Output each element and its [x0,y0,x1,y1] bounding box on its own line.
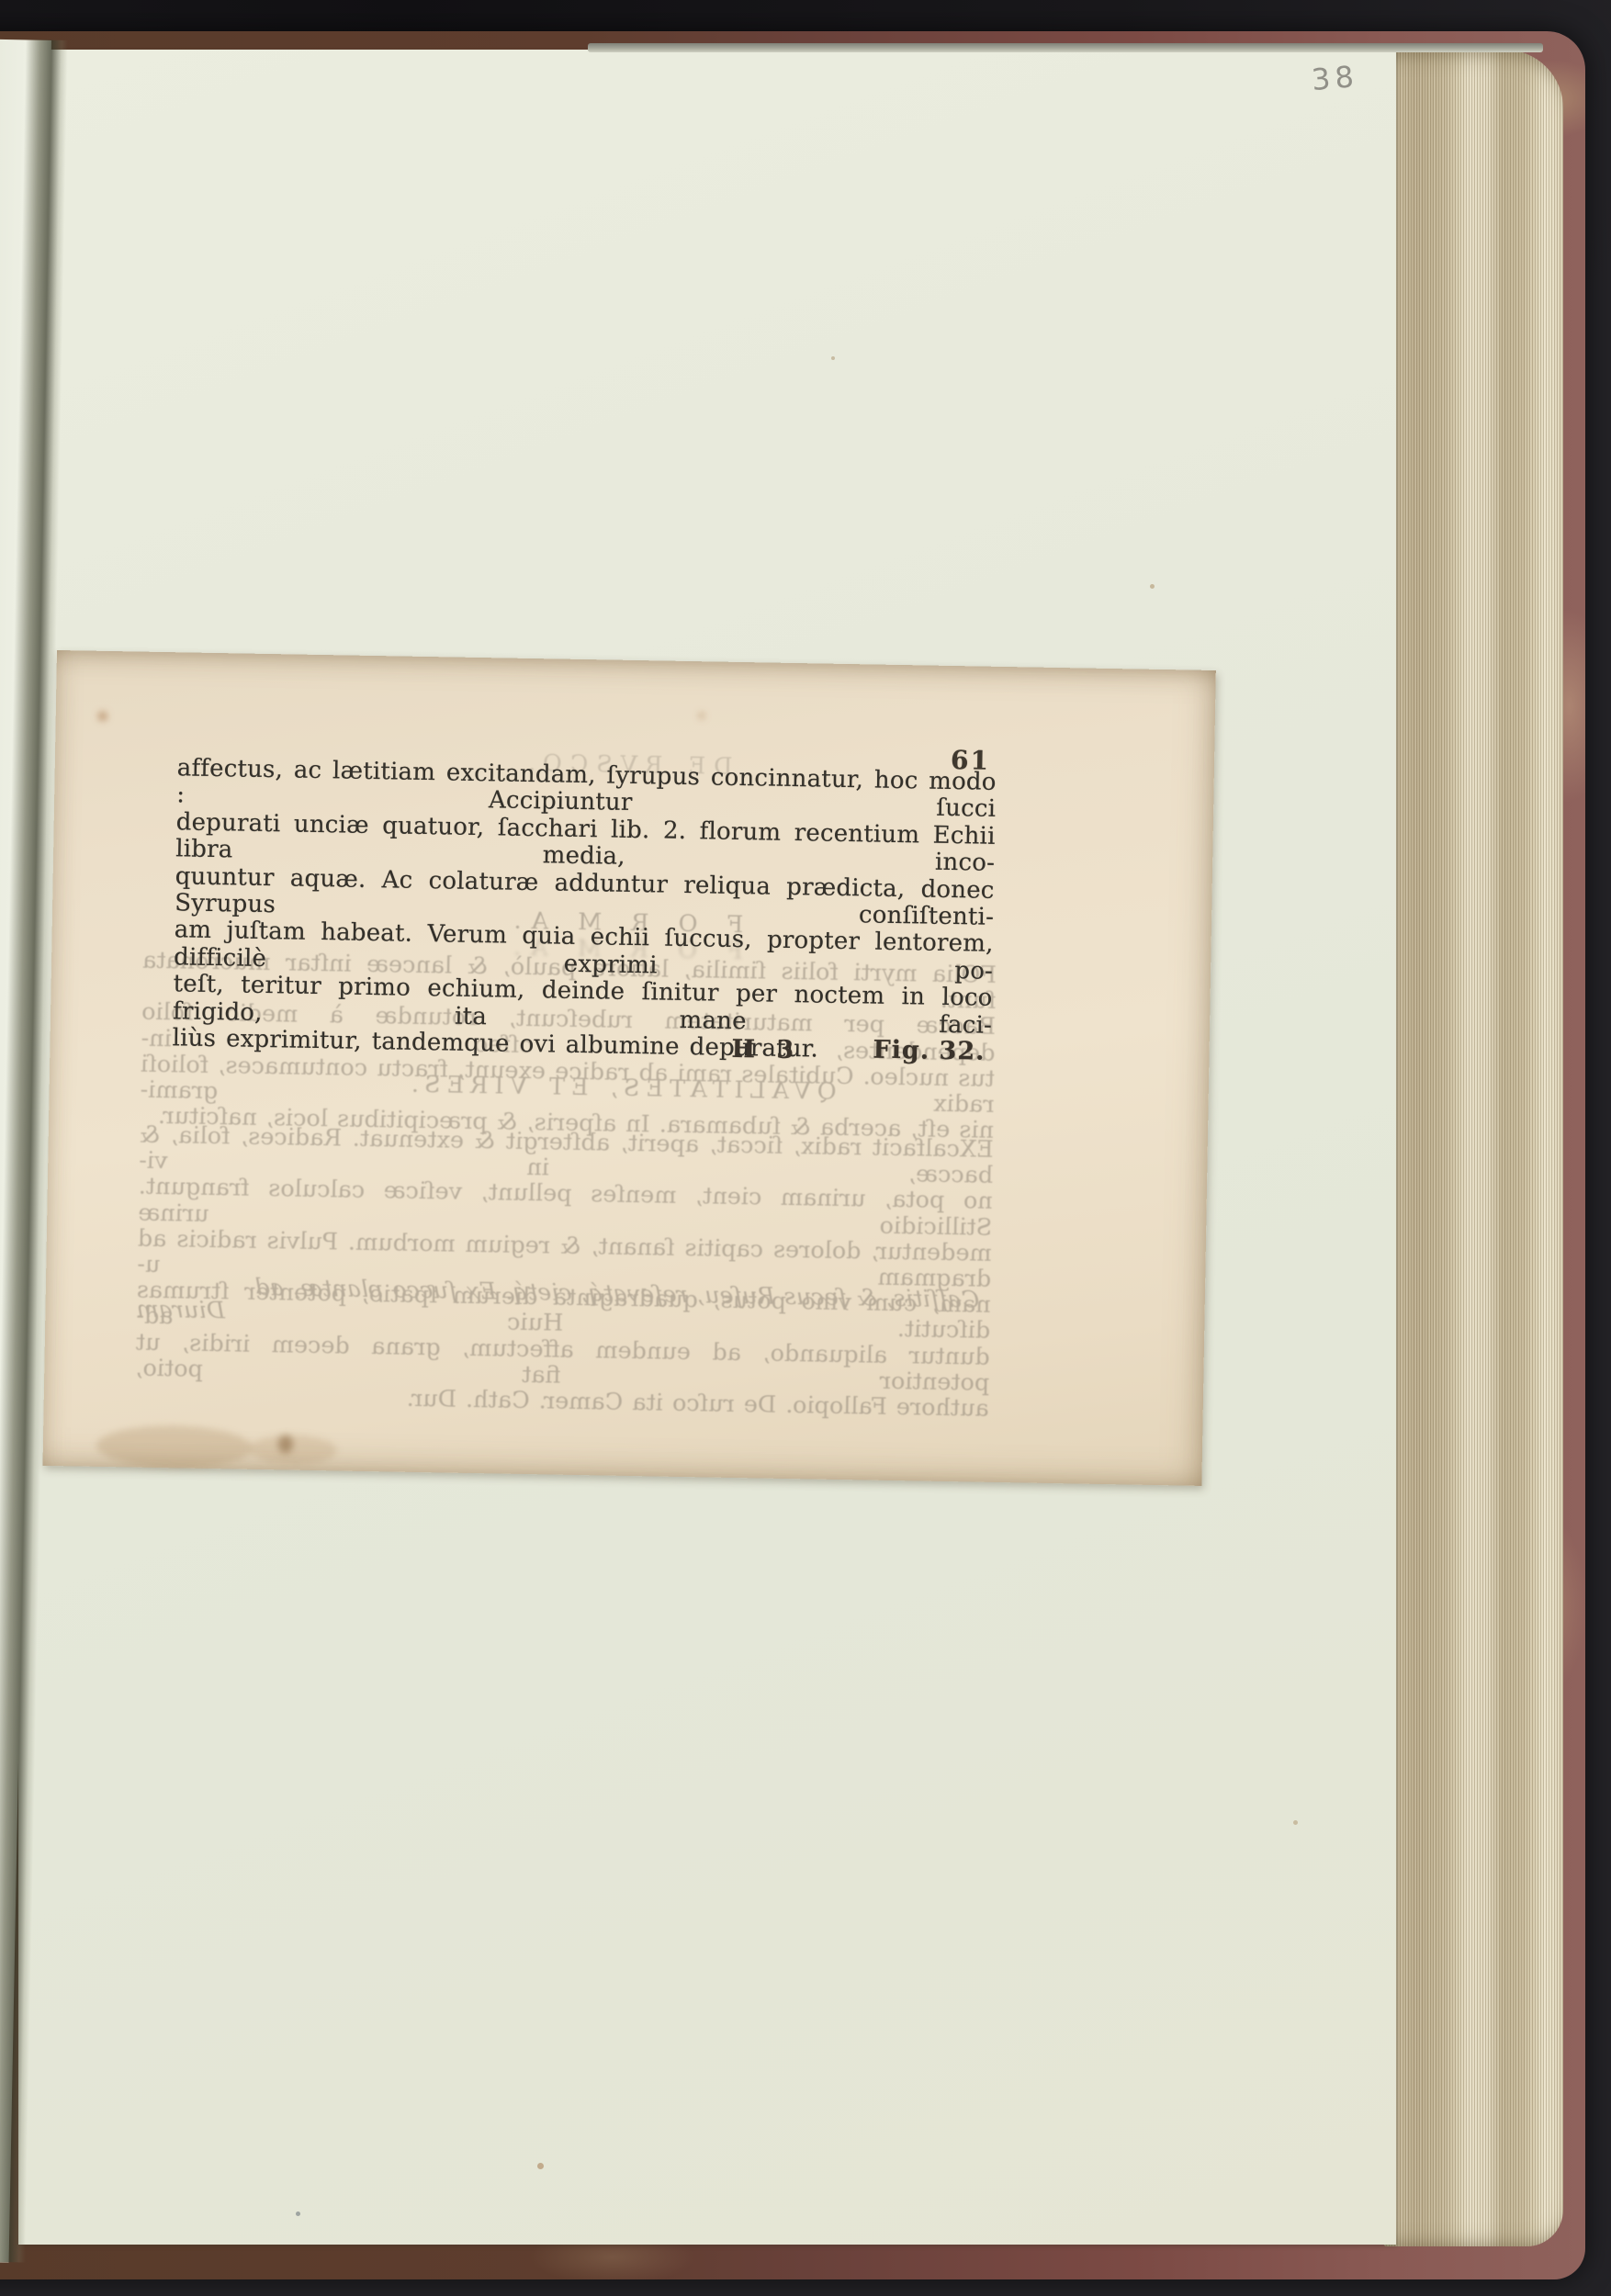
showthrough-line: EXcalfacit radix, ſiccat, aperit, abſter… [139,1122,994,1189]
foxing-speck [831,356,835,360]
showthrough-qualities-heading: QVALITATES, ET VIRES. [33,1065,1209,1112]
handwritten-folio-number: 38 [1310,59,1359,97]
foxing-speck [1150,584,1155,589]
showthrough-citation-line: Caſſitis, & ſecus Ruſeu, reſevatq́, ciet… [29,1271,1205,1318]
body-paragraph: affectus, ac lætitiam excitandam, ſyrupu… [172,755,997,1066]
showthrough-line: authore Fallopio. De ruſco ita Camer. Ca… [135,1381,989,1422]
foxing-speck [537,2163,544,2169]
showthrough-qualities-paragraph: EXcalfacit radix, ſiccat, aperit, abſter… [135,1122,994,1422]
figure-reference: Fig. 32. [856,1035,986,1065]
showthrough-line: no pota, urinam cient, menſes pellunt, v… [138,1174,993,1241]
stain [250,1435,338,1466]
book-photograph: 38 DE RVSCO. F O R M A. F O R M A. FOlia… [0,0,1611,2296]
foxing-speck [296,2212,300,2216]
stain [96,1424,253,1469]
page-stack-top-edge [588,43,1543,52]
fore-edge-page-stack [1383,50,1563,2246]
showthrough-catchword: Diuram [136,1297,286,1325]
showthrough-line: duntur aliquando, ad eundem affectum, gr… [135,1329,990,1396]
showthrough-line: medentur, dolores capitis ſanant, & regi… [137,1225,992,1292]
stain [98,712,107,721]
showthrough-line: nis eſt, acerba & ſubamara. In aſperis, … [140,1103,994,1143]
signature-mark: H 3 [731,1035,800,1064]
stain [699,713,704,718]
foxing-speck [1293,1820,1298,1825]
pasted-printed-leaf: DE RVSCO. F O R M A. F O R M A. FOlia my… [43,650,1216,1486]
showthrough-line: nam, cum vino potus, quadraginta dierum … [136,1277,991,1345]
